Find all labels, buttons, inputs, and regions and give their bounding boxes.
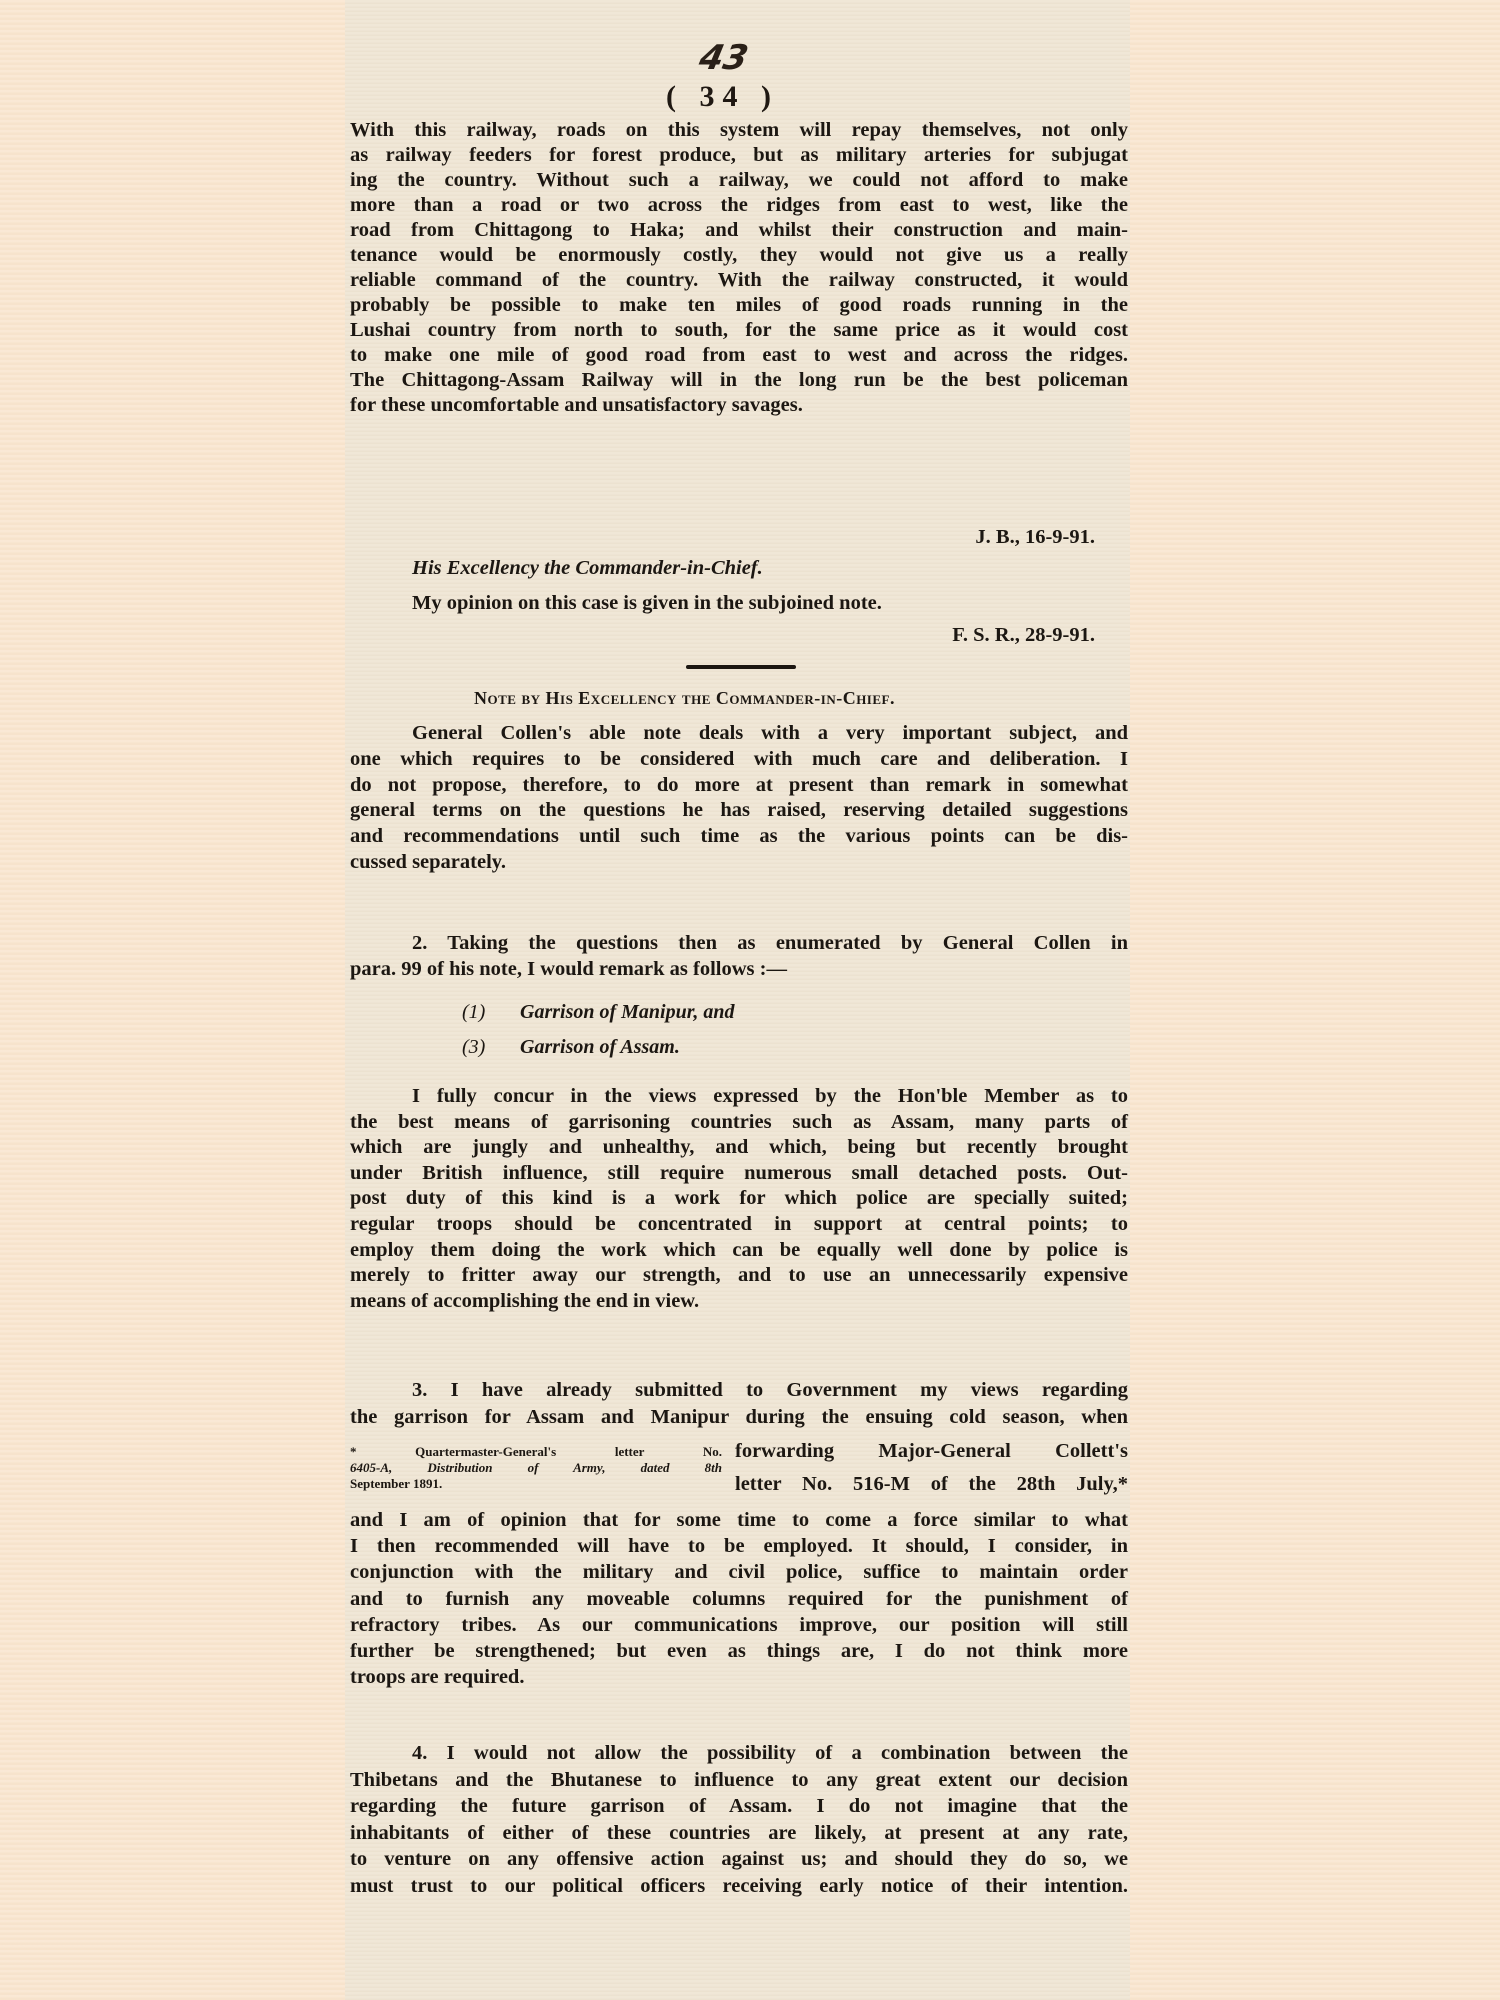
text-line: post duty of this kind is a work for whi… <box>350 1185 1128 1211</box>
minute-addressee: His Excellency the Commander-in-Chief. <box>412 555 1128 581</box>
footnote-line: September 1891. <box>350 1476 722 1492</box>
minute-text: My opinion on this case is given in the … <box>412 590 1128 616</box>
text-line: I fully concur in the views expressed by… <box>412 1083 1128 1109</box>
text-line: to make one mile of good road from east … <box>350 342 1128 368</box>
text-line: Thibetans and the Bhutanese to influence… <box>350 1767 1128 1793</box>
text-line: 2. Taking the questions then as enumerat… <box>412 930 1128 956</box>
text-line: refractory tribes. As our communications… <box>350 1612 1128 1638</box>
section-divider <box>686 665 796 669</box>
text-line: General Collen's able note deals with a … <box>412 720 1128 746</box>
text-line: The Chittagong-Assam Railway will in the… <box>350 367 1128 393</box>
paragraph-3-side-line: forwarding Major-General Collett's <box>735 1440 1128 1463</box>
text-line: para. 99 of his note, I would remark as … <box>350 956 1128 982</box>
text-line: must trust to our political officers rec… <box>350 1873 1128 1899</box>
list-item-text: Garrison of Assam. <box>520 1036 680 1058</box>
text-line: cussed separately. <box>350 849 1128 875</box>
text-line: do not propose, therefore, to do more at… <box>350 772 1128 798</box>
text-line: for these uncomfortable and unsatisfacto… <box>350 392 1128 418</box>
footnote-line: 6405-A, Distribution of Army, dated 8th <box>350 1460 722 1476</box>
text-line: probably be possible to make ten miles o… <box>350 292 1128 318</box>
text-line: 3. I have already submitted to Governmen… <box>412 1377 1128 1403</box>
signature-fsr: F. S. R., 28-9-91. <box>952 624 1095 647</box>
text-line: road from Chittagong to Haka; and whilst… <box>350 217 1128 243</box>
text-line: and recommendations until such time as t… <box>350 823 1128 849</box>
text-line: one which requires to be considered with… <box>350 746 1128 772</box>
text-line: ing the country. Without such a railway,… <box>350 167 1128 193</box>
text-line: conjunction with the military and civil … <box>350 1559 1128 1585</box>
text-line: means of accomplishing the end in view. <box>350 1288 1128 1314</box>
printed-folio: ( 34 ) <box>666 80 779 114</box>
list-item: (3)Garrison of Assam. <box>462 1036 680 1059</box>
text-line: 4. I would not allow the possibility of … <box>412 1740 1128 1766</box>
text-line: more than a road or two across the ridge… <box>350 192 1128 218</box>
text-line: and I am of opinion that for some time t… <box>350 1507 1128 1533</box>
list-item-number: (1) <box>462 1001 520 1024</box>
text-line: as railway feeders for forest produce, b… <box>350 142 1128 168</box>
list-item-text: Garrison of Manipur, and <box>520 1001 735 1023</box>
note-heading: Note by His Excellency the Commander-in-… <box>474 688 895 709</box>
text-line: I then recommended will have to be emplo… <box>350 1533 1128 1559</box>
text-line: merely to fritter away our strength, and… <box>350 1262 1128 1288</box>
paragraph-3-side-line: letter No. 516-M of the 28th July,* <box>735 1473 1128 1496</box>
text-line: reliable command of the country. With th… <box>350 267 1128 293</box>
text-line: general terms on the questions he has ra… <box>350 797 1128 823</box>
handwritten-page-number: 43 <box>696 38 752 78</box>
text-line: With this railway, roads on this system … <box>350 117 1128 143</box>
list-item: (1)Garrison of Manipur, and <box>462 1001 735 1024</box>
margin-footnote: * Quartermaster-General's letter No. 640… <box>350 1444 722 1492</box>
text-line: troops are required. <box>350 1664 1128 1690</box>
text-line: Lushai country from north to south, for … <box>350 317 1128 343</box>
text-line: and to furnish any moveable columns requ… <box>350 1586 1128 1612</box>
list-item-number: (3) <box>462 1036 520 1059</box>
signature-jb: J. B., 16-9-91. <box>975 526 1095 549</box>
text-line: further be strengthened; but even as thi… <box>350 1638 1128 1664</box>
text-line: the garrison for Assam and Manipur durin… <box>350 1404 1128 1430</box>
text-line: under British influence, still require n… <box>350 1160 1128 1186</box>
text-line: employ them doing the work which can be … <box>350 1237 1128 1263</box>
footnote-line: * Quartermaster-General's letter No. <box>350 1444 722 1460</box>
text-line: which are jungly and unhealthy, and whic… <box>350 1134 1128 1160</box>
text-line: regular troops should be concentrated in… <box>350 1211 1128 1237</box>
text-line: inhabitants of either of these countries… <box>350 1820 1128 1846</box>
text-line: tenance would be enormously costly, they… <box>350 242 1128 268</box>
text-line: the best means of garrisoning countries … <box>350 1109 1128 1135</box>
text-line: regarding the future garrison of Assam. … <box>350 1793 1128 1819</box>
text-line: to venture on any offensive action again… <box>350 1846 1128 1872</box>
